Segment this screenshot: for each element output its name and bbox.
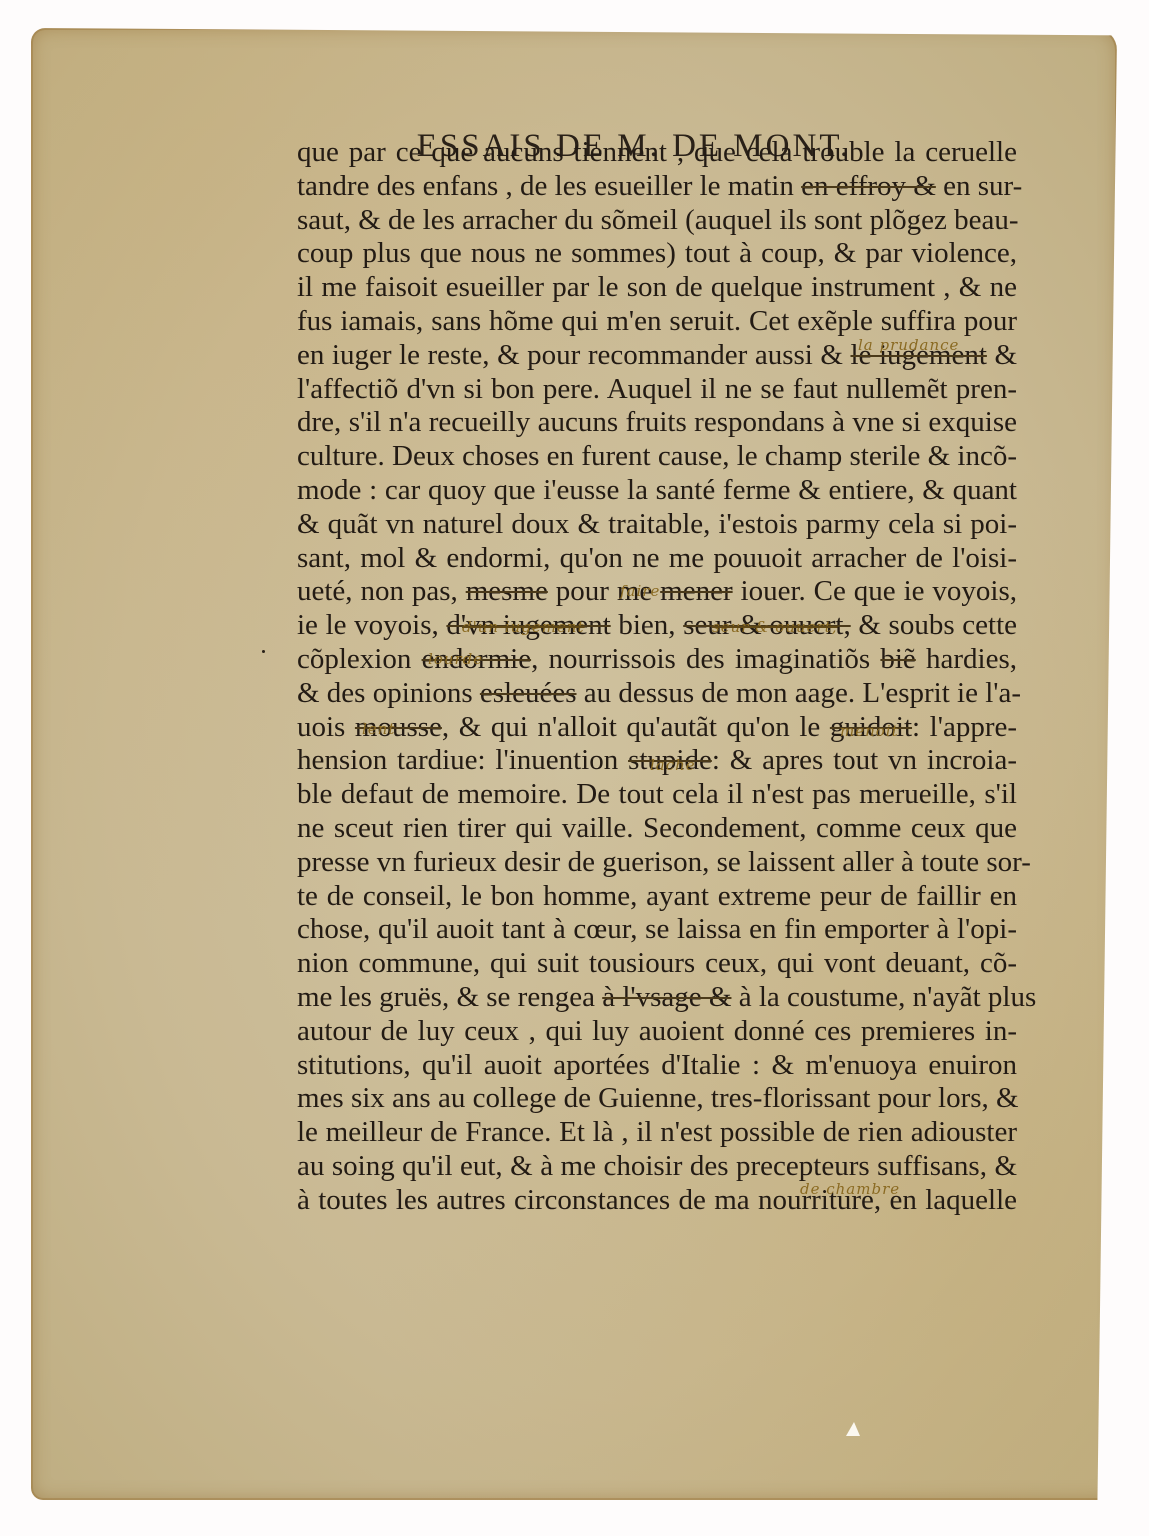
text-run: : & apres tout vn incroia- [712, 744, 1017, 776]
text-line: l'affectiõ d'vn si bon pere. Auquel il n… [297, 373, 1017, 407]
handwritten-annotation-lache: lache [650, 756, 696, 774]
text-line: nion commune, qui suit tousiours ceux, q… [297, 947, 1017, 981]
struck-word: biẽ [880, 643, 915, 675]
text-line: à toutes les autres circonstances de ma … [297, 1184, 1017, 1218]
text-run: & des opinions [297, 677, 480, 709]
handwritten-annotation-dun-iugement: d'un iugement [462, 618, 585, 636]
text-line: stitutions, qu'il auoit aportées d'Itali… [297, 1049, 1017, 1083]
text-run: saut, & de les arracher du sõmeil (auque… [297, 204, 1019, 236]
text-run: au dessus de mon aage. L'esprit ie l'a- [577, 677, 1022, 709]
text-run: ie le voyois, [297, 609, 446, 641]
text-run: culture. Deux choses en furent cause, le… [297, 440, 1017, 472]
handwritten-annotation-lent: lent [362, 720, 395, 738]
text-run: ueté, non pas, [297, 575, 466, 607]
text-line: ble defaut de memoire. De tout cela il n… [297, 778, 1017, 812]
text-line: au soing qu'il eut, & à me choisir des p… [297, 1150, 1017, 1184]
text-run: hension tardiue: l'inuention [297, 744, 628, 776]
text-line: & des opinions esleuées au dessus de mon… [297, 677, 1017, 711]
text-run: cõplexion [297, 643, 422, 675]
struck-word: mesme [466, 575, 548, 607]
ink-speck [262, 650, 265, 653]
text-run: me les gruës, & se rengea [297, 981, 602, 1013]
struck-word: esleuées [480, 677, 577, 709]
body-text: que par ce que aucuns tiennent , que cel… [297, 136, 1017, 1218]
text-run: & [987, 339, 1017, 371]
text-run: bien, [611, 609, 683, 641]
struck-word: à l'vsage & [602, 981, 731, 1013]
text-run: il me faisoit esueiller par le son de qu… [297, 271, 1017, 303]
text-line: saut, & de les arracher du sõmeil (auque… [297, 204, 1017, 238]
text-line: te de conseil, le bon homme, ayant extre… [297, 880, 1017, 914]
text-run: sant, mol & endormi, qu'on ne me pouuoit… [297, 542, 1017, 574]
text-line: chose, qu'il auoit tant à cœur, se laiss… [297, 913, 1017, 947]
text-run: tandre des enfans , de les esueiller le … [297, 170, 801, 202]
text-line: cõplexion endormie, nourrissois des imag… [297, 643, 1017, 677]
text-line: uois mousse, & qui n'alloit qu'autãt qu'… [297, 711, 1017, 745]
text-run: nion commune, qui suit tousiours ceux, q… [297, 947, 1017, 979]
text-line: ne sceut rien tirer qui vaille. Secondem… [297, 812, 1017, 846]
text-line: ie le voyois, d'vn iugement bien, seur &… [297, 609, 1017, 643]
text-run: en iuger le reste, & pour recommander au… [297, 339, 851, 371]
text-line: fus iamais, sans hõme qui m'en seruit. C… [297, 305, 1017, 339]
text-run: te de conseil, le bon homme, ayant extre… [297, 880, 1017, 912]
text-run: , & qui n'alloit qu'autãt qu'on le [442, 711, 830, 743]
text-run: à toutes les autres circonstances de ma … [297, 1184, 1017, 1216]
text-run: fus iamais, sans hõme qui m'en seruit. C… [297, 305, 1017, 337]
text-line: sant, mol & endormi, qu'on ne me pouuoit… [297, 542, 1017, 576]
handwritten-annotation-la-prudance: la prudance [858, 336, 959, 354]
text-line: mes six ans au college de Guienne, tres-… [297, 1082, 1017, 1116]
text-run: iouer. Ce que ie voyois, [733, 575, 1017, 607]
text-line: presse vn furieux desir de guerison, se … [297, 846, 1017, 880]
text-line: que par ce que aucuns tiennent , que cel… [297, 136, 1017, 170]
text-line: culture. Deux choses en furent cause, le… [297, 440, 1017, 474]
text-line: tandre des enfans , de les esueiller le … [297, 170, 1017, 204]
handwritten-annotation-de-chambre: de chambre [800, 1180, 900, 1198]
struck-word: mener [660, 575, 732, 607]
text-run: dre, s'il n'a recueilly aucuns fruits re… [297, 406, 1017, 438]
text-run: à la coustume, n'ayãt plus [731, 981, 1036, 1013]
text-run: ne sceut rien tirer qui vaille. Secondem… [297, 812, 1017, 844]
handwritten-annotation-menoit: menoit [840, 722, 899, 740]
text-run: que par ce que aucuns tiennent , que cel… [297, 136, 1017, 168]
text-run: , nourrissois des imaginatiõs [531, 643, 880, 675]
text-line: il me faisoit esueiller par le son de qu… [297, 271, 1017, 305]
text-run: ble defaut de memoire. De tout cela il n… [297, 778, 1017, 810]
text-run: & soubs cette [851, 609, 1017, 641]
text-run: coup plus que nous ne sommes) tout à cou… [297, 237, 1017, 269]
text-line: autour de luy ceux , qui luy auoient don… [297, 1015, 1017, 1049]
text-line: & quãt vn naturel doux & traitable, i'es… [297, 508, 1017, 542]
text-run: au soing qu'il eut, & à me choisir des p… [297, 1150, 1017, 1182]
text-line: le meilleur de France. Et là , il n'est … [297, 1116, 1017, 1150]
text-line: mode : car quoy que i'eusse la santé fer… [297, 474, 1017, 508]
text-line: coup plus que nous ne sommes) tout à cou… [297, 237, 1017, 271]
text-run: l'affectiõ d'vn si bon pere. Auquel il n… [297, 373, 1017, 405]
text-line: me les gruës, & se rengea à l'vsage & à … [297, 981, 1017, 1015]
text-run: chose, qu'il auoit tant à cœur, se laiss… [297, 913, 1017, 945]
paper-tear [846, 1422, 860, 1436]
text-run: presse vn furieux desir de guerison, se … [297, 846, 1031, 878]
handwritten-annotation-seur-ouuert: seur & ouuert, [712, 618, 838, 636]
text-run: uois [297, 711, 355, 743]
struck-word: en effroy & [801, 170, 936, 202]
text-run: hardies, [916, 643, 1017, 675]
text-run: mes six ans au college de Guienne, tres-… [297, 1082, 1019, 1114]
handwritten-annotation-faire: faire [620, 582, 660, 600]
text-run: le meilleur de France. Et là , il n'est … [297, 1116, 1017, 1148]
text-line: dre, s'il n'a recueilly aucuns fruits re… [297, 406, 1017, 440]
text-run: en sur- [936, 170, 1022, 202]
text-run: stitutions, qu'il auoit aportées d'Itali… [297, 1049, 1017, 1081]
text-run: autour de luy ceux , qui luy auoient don… [297, 1015, 1017, 1047]
text-run: : l'appre- [912, 711, 1017, 743]
handwritten-annotation-lourde: lourde [428, 650, 483, 668]
text-run: & quãt vn naturel doux & traitable, i'es… [297, 508, 1017, 540]
text-run: mode : car quoy que i'eusse la santé fer… [297, 474, 1017, 506]
